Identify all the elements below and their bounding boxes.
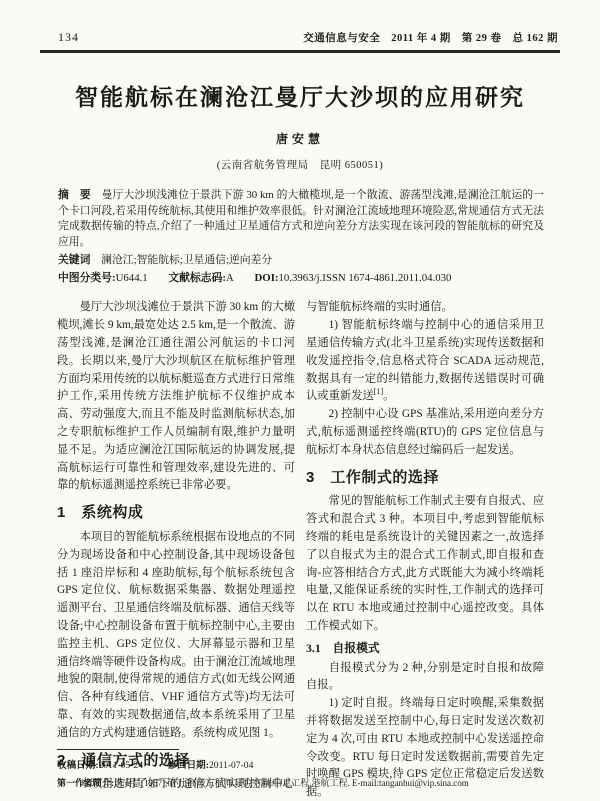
article-body: 曼厅大沙坝浅滩位于景洪下游 30 km 的大橄榄坝,滩长 9 km,最宽处达 2… [57, 299, 544, 801]
revised-date-label: 修回日期: [167, 760, 209, 771]
doc-code-label: 文献标志码: [168, 272, 226, 284]
clc-label: 中图分类号: [58, 272, 116, 284]
dates-line: 收稿日期:2011-05-24 修回日期:2011-07-04 [57, 757, 560, 771]
journal-issue-line: 交通信息与安全 2011 年 4 期 第 29 卷 总 162 期 [303, 30, 558, 45]
keywords-label: 关键词 [58, 254, 90, 266]
meta-line: 中图分类号:U644.1 文献标志码:A DOI:10.3963/j.ISSN … [58, 270, 544, 285]
citation-superscript: [1] [374, 388, 383, 397]
clc-value: U644.1 [116, 272, 148, 284]
abstract-label: 摘 要 [58, 189, 91, 201]
body-paragraph: 1) 智能航标终端与控制中心的通信采用卫星通信传输方式(北斗卫星系统)实现传送数… [306, 317, 544, 406]
received-date-value: 2011-05-24 [99, 760, 143, 771]
received-date-label: 收稿日期: [57, 760, 99, 771]
article-title: 智能航标在澜沧江曼厅大沙坝的应用研究 [40, 79, 560, 112]
list-item-1-text: 1) 智能航标终端与控制中心的通信采用卫星通信传输方式(北斗卫星系统)实现传送数… [306, 319, 544, 402]
doc-code-value: A [226, 272, 234, 284]
scanned-paper-page: 134 交通信息与安全 2011 年 4 期 第 29 卷 总 162 期 智能… [0, 0, 600, 801]
running-head: 134 交通信息与安全 2011 年 4 期 第 29 卷 总 162 期 [40, 30, 560, 45]
author-name: 唐安慧 [40, 130, 560, 147]
page-number: 134 [58, 30, 79, 45]
author-affiliation: (云南省航务管理局 昆明 650051) [40, 157, 560, 172]
body-paragraph: 2) 控制中心设 GPS 基准站,采用逆向差分方式,航标遥测遥控终端(RTU)的… [306, 406, 544, 459]
footnote-rule [57, 749, 179, 750]
list-item-1-tail: 。 [383, 390, 394, 402]
section-heading-system: 1 系统构成 [57, 504, 295, 522]
revised-date-value: 2011-07-04 [209, 760, 253, 771]
abstract: 摘 要 曼厅大沙坝浅滩位于景洪下游 30 km 的大橄榄坝,是一个散流、游荡型浅… [58, 188, 544, 250]
body-paragraph: 曼厅大沙坝浅滩位于景洪下游 30 km 的大橄榄坝,滩长 9 km,最宽处达 2… [57, 299, 295, 495]
author-bio-label: 第一作者简介: [57, 778, 114, 788]
author-bio-text: 唐安慧(1967),硕士,高级工程师.研究方向:信息工程,港航工程. E-mai… [114, 778, 469, 788]
section-heading-work-mode: 3 工作制式的选择 [306, 469, 544, 487]
right-column: 与智能航标终端的实时通信。 1) 智能航标终端与控制中心的通信采用卫星通信传输方… [306, 299, 544, 801]
first-page-footnote: 收稿日期:2011-05-24 修回日期:2011-07-04 第一作者简介:唐… [57, 749, 560, 789]
abstract-text: 曼厅大沙坝浅滩位于景洪下游 30 km 的大橄榄坝,是一个散流、游荡型浅滩,是澜… [58, 189, 544, 248]
author-bio-line: 第一作者简介:唐安慧(1967),硕士,高级工程师.研究方向:信息工程,港航工程… [57, 776, 560, 789]
doi-label: DOI: [255, 272, 279, 284]
header-rule [40, 50, 560, 53]
body-paragraph-continuation: 与智能航标终端的实时通信。 [306, 299, 544, 317]
body-paragraph: 自报模式分为 2 种,分别是定时自报和故障自报。 [306, 660, 544, 696]
doi-value: 10.3963/j.ISSN 1674-4861.2011.04.030 [279, 272, 452, 284]
keywords-line: 关键词 澜沧江;智能航标;卫星通信;逆向差分 [58, 252, 544, 267]
keywords-text: 澜沧江;智能航标;卫星通信;逆向差分 [101, 254, 272, 266]
body-paragraph: 本项目的智能航标系统根据布设地点的不同分为现场设备和中心控制设备,其中现场设备包… [57, 529, 295, 743]
left-column: 曼厅大沙坝浅滩位于景洪下游 30 km 的大橄榄坝,滩长 9 km,最宽处达 2… [57, 299, 295, 801]
body-paragraph: 常见的智能航标工作制式主要有自报式、应答式和混合式 3 种。本项目中,考虑到智能… [306, 493, 544, 635]
subsection-heading-self-report: 3.1 自报模式 [306, 640, 544, 658]
